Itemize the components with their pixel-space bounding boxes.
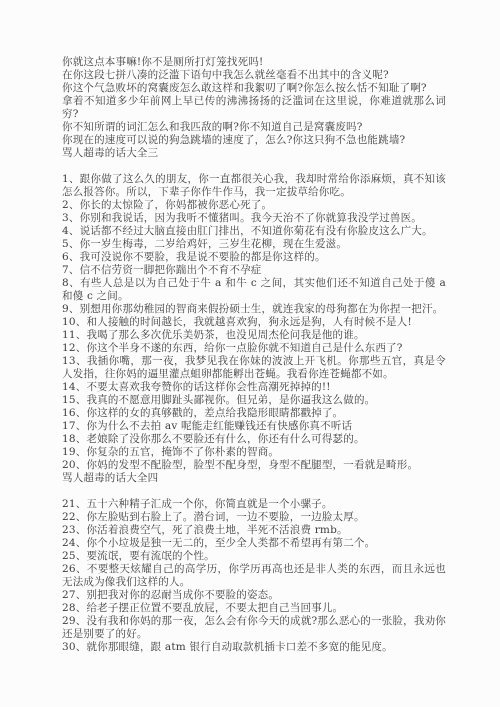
list-item: 17、你为什么不去拍 av 呢能走红能赚钱还有快感你真不听话 (62, 420, 446, 433)
intro-line: 你现在的速度可以说的狗急跳墙的速度了，怎么?你这只狗不急也能跳墙? (62, 134, 446, 147)
section-curse-list-4: 骂人超毒的话大全四 21、五十六种精子汇成一个你，你简直就是一个小骡子。 22、… (62, 472, 446, 654)
section-heading-3: 骂人超毒的话大全三 (62, 147, 446, 160)
list-item: 10、和人接触的时间越长，我就越喜欢狗，狗永远是狗，人有时候不是人! (62, 316, 446, 329)
list-item: 21、五十六种精子汇成一个你，你简直就是一个小骡子。 (62, 498, 446, 511)
intro-paragraph: 你就这点本事嘛!你不是厕所打灯笼找死吗! 在你这段七拼八凑的泛滥下语句中我怎么就… (62, 56, 446, 147)
list-item: 6、我可没说你不要脸，我是说不要脸的都是你这样的。 (62, 251, 446, 264)
list-item: 2、你长的太惊险了，你妈都被你恶心死了。 (62, 199, 446, 212)
section-heading-4: 骂人超毒的话大全四 (62, 472, 446, 485)
list-item: 23、你活着浪费空气，死了浪费土地，半死不活浪费 rmb。 (62, 524, 446, 537)
intro-line: 你不知所谓的词汇怎么和我匹敌的啊?你不知道自己是窝囊废吗? (62, 121, 446, 134)
list-item: 4、说话都不经过大脑直接由肛门排出，不知道你菊花有没有你脸皮这么广大。 (62, 225, 446, 238)
section-curse-list-3: 骂人超毒的话大全三 1、跟你做了这么久的朋友，你一直都很关心我，我却时常给你添麻… (62, 147, 446, 472)
list-item: 9、别想用你那幼稚园的智商来假扮硕士生，就连我家的母狗都在为你捏一把汗。 (62, 303, 446, 316)
list-item: 14、不要太喜欢我夸赞你的话这样你会性高潮死掉掉的!! (62, 381, 446, 394)
intro-line: 你就这点本事嘛!你不是厕所打灯笼找死吗! (62, 56, 446, 69)
list-item: 5、你一岁生梅毒，二岁给鸡奸，三岁生花柳，现在生爱滋。 (62, 238, 446, 251)
list-item: 22、你左脸贴到右脸上了。潜台词，一边不要脸，一边脸太厚。 (62, 511, 446, 524)
list-item: 18、老娘除了没你那么不要脸还有什么，你还有什么可得瑟的。 (62, 433, 446, 446)
intro-line: 你这个气急败坏的窝囊废怎么敢这样和我絮叨了啊?你怎么按么恬不知耻了啊? (62, 82, 446, 95)
document-page: 你就这点本事嘛!你不是厕所打灯笼找死吗! 在你这段七拼八凑的泛滥下语句中我怎么就… (0, 0, 500, 707)
item-list-4: 21、五十六种精子汇成一个你，你简直就是一个小骡子。 22、你左脸贴到右脸上了。… (62, 498, 446, 654)
item-list-3: 1、跟你做了这么久的朋友，你一直都很关心我，我却时常给你添麻烦，真不知该怎么报答… (62, 173, 446, 472)
list-item: 8、有些人总是以为自己处于牛 a 和牛 c 之间，其实他们还不知道自己处于傻 a… (62, 277, 446, 303)
list-item: 12、你这个半身不遂的东西，给你一点脸你就不知道自己是什么东西了? (62, 342, 446, 355)
list-item: 11、我喝了那么多次优乐美奶茶，也没见周杰伦问我是他的谁。 (62, 329, 446, 342)
list-item: 30、就你那眼缝，跟 atm 银行自动取款机插卡口差不多宽的能见度。 (62, 641, 446, 654)
list-item: 15、我真的不愿意用脚趾头鄙视你。但兄弟，是你逼我这么做的。 (62, 394, 446, 407)
list-item: 26、不要整天炫耀自己的高学历，你学历再高也还是非人类的东西，而且永远也无法成为… (62, 563, 446, 589)
list-item: 13、我插你嘴，那一夜，我梦见我在你妹的波波上开飞机。你那些五官，真是令人发指，… (62, 355, 446, 381)
list-item: 19、你复杂的五官，掩饰不了你朴素的智商。 (62, 446, 446, 459)
list-item: 7、信不信劳资一脚把你踹出个不育不孕症 (62, 264, 446, 277)
list-item: 16、你这样的女的真够戳的，差点给我隐形眼睛都戳掉了。 (62, 407, 446, 420)
intro-line: 在你这段七拼八凑的泛滥下语句中我怎么就丝毫看不出其中的含义呢? (62, 69, 446, 82)
list-item: 28、给老子摆正位置不要乱放屁，不要太把自己当回事儿。 (62, 602, 446, 615)
list-item: 3、你别和我说话，因为我听不懂猪叫。我今天治不了你就算我没学过兽医。 (62, 212, 446, 225)
list-item: 29、没有我和你妈的那一夜，怎么会有你今天的成就?那么恶心的一张脸，我劝你还是别… (62, 615, 446, 641)
list-item: 24、你个小垃圾是独一无二的，至少全人类都不希望再有第二个。 (62, 537, 446, 550)
list-item: 1、跟你做了这么久的朋友，你一直都很关心我，我却时常给你添麻烦，真不知该怎么报答… (62, 173, 446, 199)
list-item: 25、要流氓，要有流氓的个性。 (62, 550, 446, 563)
list-item: 27、别把我对你的忍耐当成你不要脸的姿态。 (62, 589, 446, 602)
list-item: 20、你妈的发型不配脸型，脸型不配身型，身型不配腿型，一看就是畸形。 (62, 459, 446, 472)
intro-line: 拿着不知道多少年前网上早已传的沸沸扬扬的泛滥词在这里说，你难道就那么词穷? (62, 95, 446, 121)
